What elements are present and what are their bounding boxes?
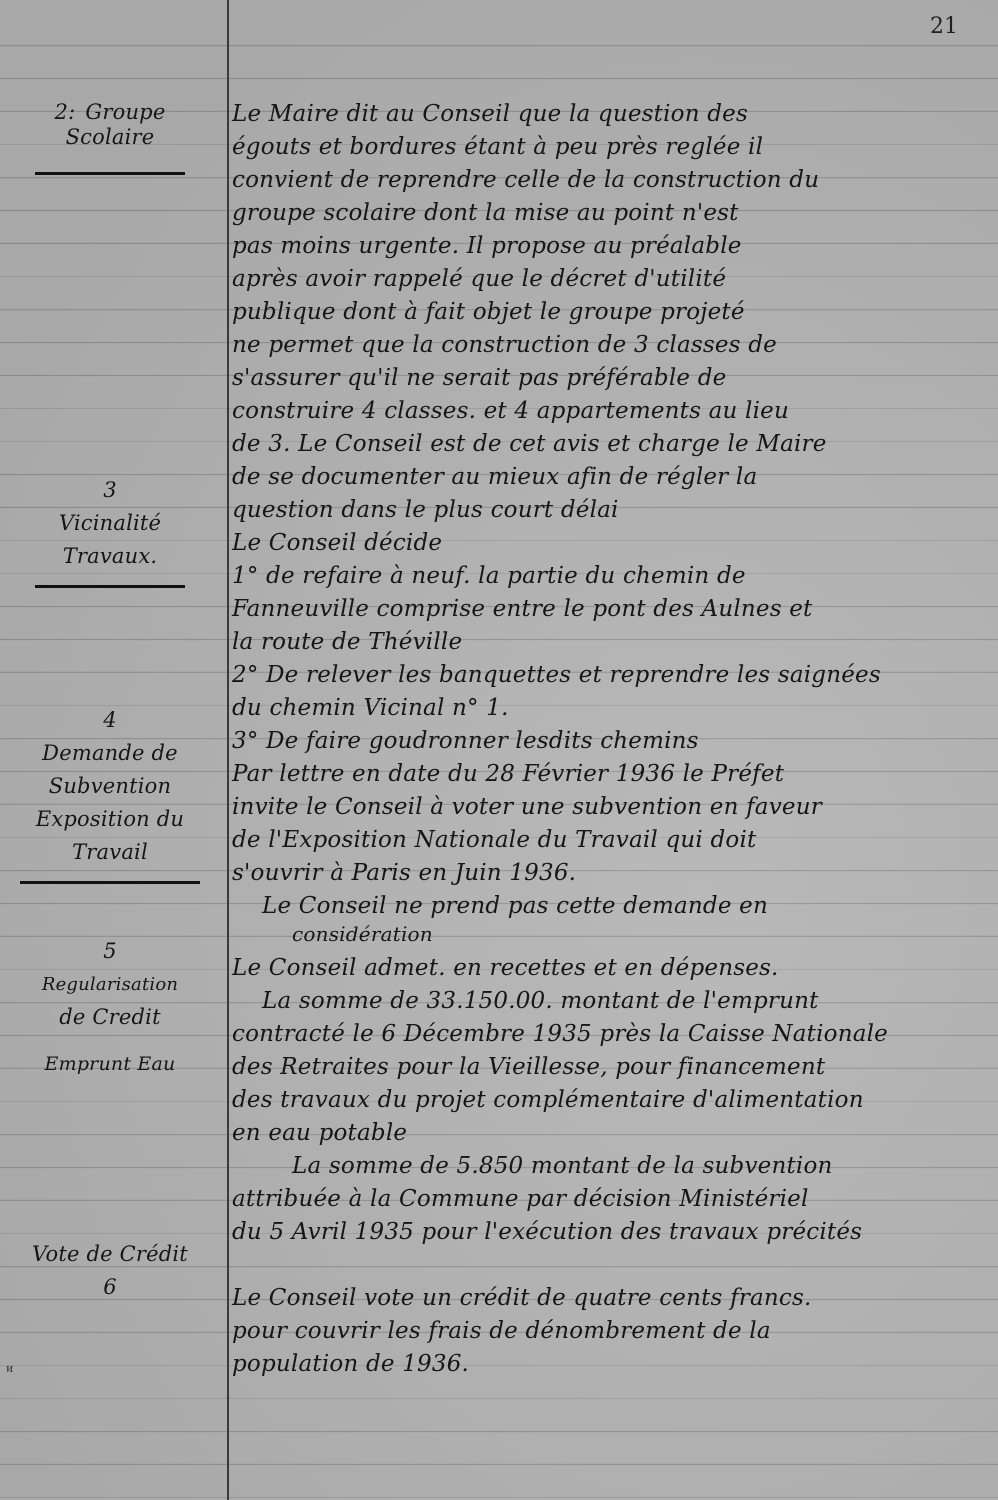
item-title: Scolaire xyxy=(0,121,220,154)
text-line: groupe scolaire dont la mise au point n'… xyxy=(232,197,972,230)
item-title: Travaux. xyxy=(0,540,220,573)
margin-note-vote-credit: Vote de Crédit 6 xyxy=(0,1238,220,1304)
text-line: La somme de 33.150.00. montant de l'empr… xyxy=(232,985,998,1018)
item-number: 4 xyxy=(0,704,220,737)
page-number: 21 xyxy=(930,14,958,39)
text-line: la route de Théville xyxy=(232,626,972,659)
text-line: des Retraites pour la Vieillesse, pour f… xyxy=(232,1051,972,1084)
text-line: population de 1936. xyxy=(232,1348,972,1381)
text-line: s'ouvrir à Paris en Juin 1936. xyxy=(232,857,972,890)
margin-rule xyxy=(227,0,229,1500)
item-title: Vote de Crédit xyxy=(0,1238,220,1271)
text-line: Par lettre en date du 28 Février 1936 le… xyxy=(232,758,972,791)
text-line: convient de reprendre celle de la constr… xyxy=(232,164,972,197)
item-number: 6 xyxy=(0,1271,220,1304)
item-title: de Credit xyxy=(0,1001,220,1034)
register-page: 21 2: Groupe Scolaire 3 Vicinalité Trava… xyxy=(0,0,998,1500)
text-line: question dans le plus court délai xyxy=(232,494,972,527)
text-line: invite le Conseil à voter une subvention… xyxy=(232,791,972,824)
stray-mark: ᴎ xyxy=(6,1362,13,1375)
text-line: publique dont à fait objet le groupe pro… xyxy=(232,296,972,329)
text-line: Le Conseil vote un crédit de quatre cent… xyxy=(232,1282,972,1315)
text-line: en eau potable xyxy=(232,1117,972,1150)
margin-note-vicinalite: 3 Vicinalité Travaux. xyxy=(0,474,220,588)
item-title: Travail xyxy=(0,836,220,869)
text-line: s'assurer qu'il ne serait pas préférable… xyxy=(232,362,972,395)
text-line: de 3. Le Conseil est de cet avis et char… xyxy=(232,428,972,461)
item-number: 3 xyxy=(0,474,220,507)
text-line: de se documenter au mieux afin de régler… xyxy=(232,461,972,494)
text-line: des travaux du projet complémentaire d'a… xyxy=(232,1084,972,1117)
item-title: Demande de xyxy=(0,737,220,770)
text-line: ne permet que la construction de 3 class… xyxy=(232,329,972,362)
item-number: 5 xyxy=(0,935,220,968)
item-title: Vicinalité xyxy=(0,507,220,540)
text-line: construire 4 classes. et 4 appartements … xyxy=(232,395,972,428)
text-line: pas moins urgente. Il propose au préalab… xyxy=(232,230,972,263)
margin-note-regularisation: 5 Regularisation de Credit Emprunt Eau xyxy=(0,935,220,1081)
text-line: de l'Exposition Nationale du Travail qui… xyxy=(232,824,972,857)
item-title: Regularisation xyxy=(0,968,220,1001)
margin-note-subvention: 4 Demande de Subvention Exposition du Tr… xyxy=(0,704,220,884)
separator-rule xyxy=(20,881,200,884)
item-title: Subvention xyxy=(0,770,220,803)
text-line: attribuée à la Commune par décision Mini… xyxy=(232,1183,972,1216)
text-line: La somme de 5.850 montant de la subventi… xyxy=(232,1150,998,1183)
separator-rule xyxy=(35,585,185,588)
text-line: 3° De faire goudronner lesdits chemins xyxy=(232,725,972,758)
text-line: considération xyxy=(232,918,998,951)
item-title: Emprunt Eau xyxy=(0,1048,220,1081)
text-line: 1° de refaire à neuf. la partie du chemi… xyxy=(232,560,972,593)
text-line: contracté le 6 Décembre 1935 près la Cai… xyxy=(232,1018,972,1051)
separator-rule xyxy=(35,172,185,175)
text-line: du chemin Vicinal n° 1. xyxy=(232,692,972,725)
text-line: après avoir rappelé que le décret d'util… xyxy=(232,263,972,296)
text-line: Fanneuville comprise entre le pont des A… xyxy=(232,593,972,626)
text-line: Le Conseil admet. en recettes et en dépe… xyxy=(232,952,972,985)
text-line: pour couvrir les frais de dénombrement d… xyxy=(232,1315,972,1348)
text-line: égouts et bordures étant à peu près regl… xyxy=(232,131,972,164)
item-title: Exposition du xyxy=(0,803,220,836)
text-line: 2° De relever les banquettes et reprendr… xyxy=(232,659,972,692)
text-line: Le Maire dit au Conseil que la question … xyxy=(232,98,972,131)
text-line: du 5 Avril 1935 pour l'exécution des tra… xyxy=(232,1216,972,1249)
margin-note-groupe-scolaire: 2: Groupe Scolaire xyxy=(0,96,220,175)
text-line: Le Conseil décide xyxy=(232,527,972,560)
